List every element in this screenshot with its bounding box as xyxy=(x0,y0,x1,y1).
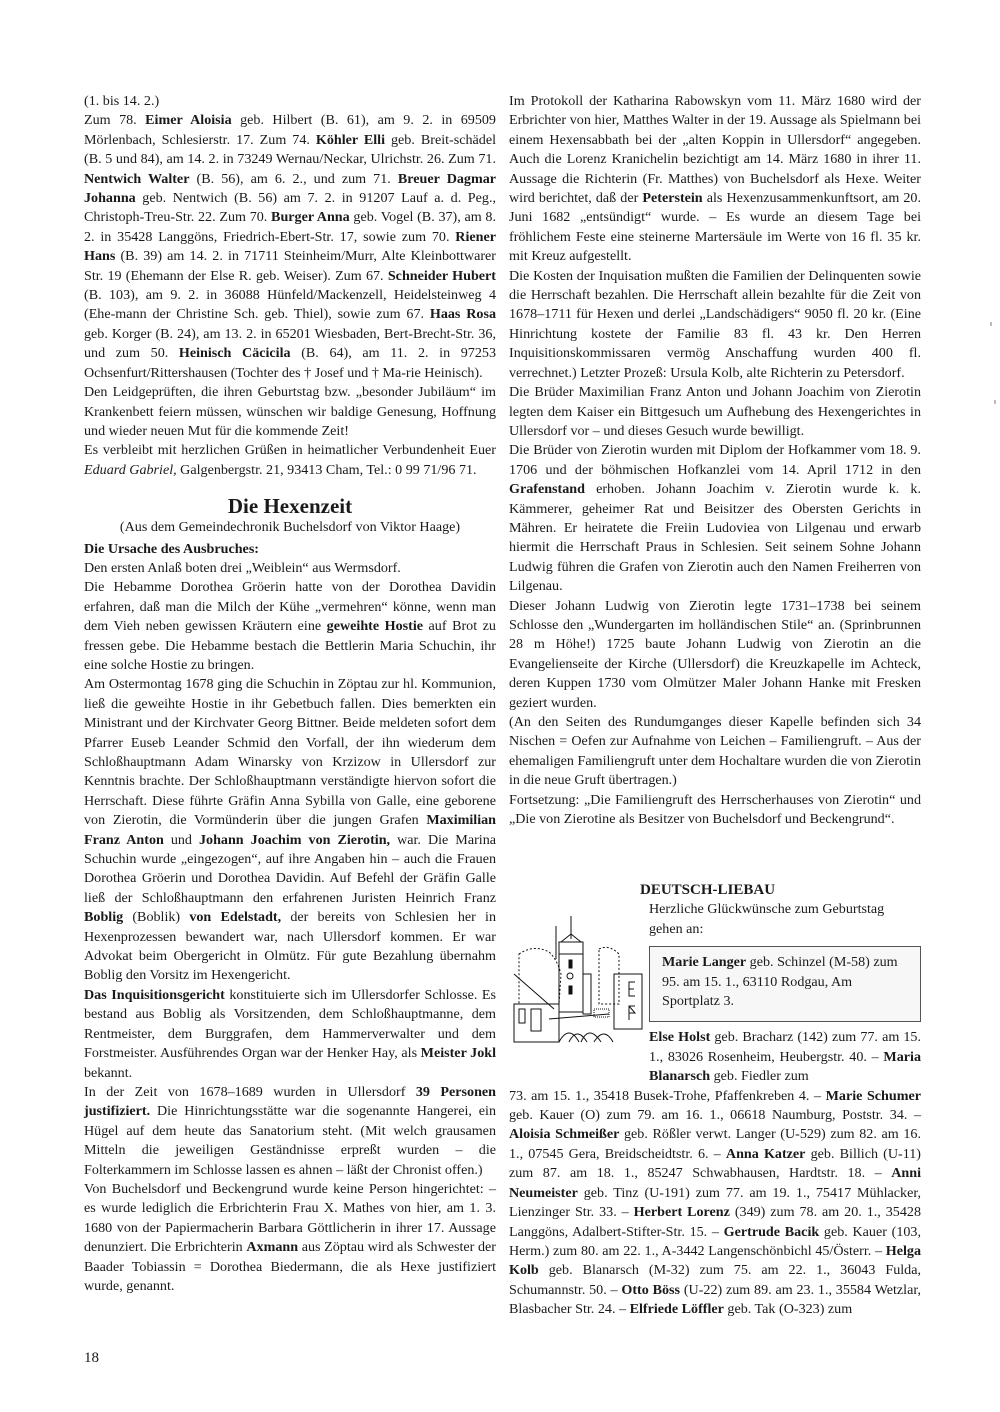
left-column: (1. bis 14. 2.) Zum 78. Eimer Aloisia ge… xyxy=(84,92,496,1296)
person-name: Herbert Lorenz xyxy=(634,1204,730,1220)
paragraph: Am Ostermontag 1678 ging die Schuchin in… xyxy=(84,675,496,986)
entry-prefix: Zum 67. xyxy=(335,268,388,284)
text: (Boblik) xyxy=(123,909,189,925)
birthday-entries: 73. am 15. 1., 35418 Busek-Trohe, Pfaffe… xyxy=(509,1087,921,1320)
entry-text: geb. Kauer (O) zum 79. am 16. 1., 06618 … xyxy=(509,1107,921,1123)
continuation-note: Fortsetzung: „Die Familiengruft des Herr… xyxy=(509,791,921,830)
person-name: Else Holst xyxy=(649,1029,710,1045)
paragraph: (An den Seiten des Rundumganges dieser K… xyxy=(509,713,921,791)
entry-text: (B. 56), am 6. 2., und zum 71. xyxy=(189,171,397,187)
person-name: Heinisch Cäcicila xyxy=(179,345,291,361)
emphasis: Johann Joachim von Zierotin, xyxy=(199,832,390,848)
section-heading: DEUTSCH-LIEBAU xyxy=(640,881,921,900)
get-well-paragraph: Den Leidgeprüften, die ihren Geburtstag … xyxy=(84,383,496,441)
emphasis: Boblig xyxy=(84,909,123,925)
emphasis: Axmann xyxy=(246,1239,298,1255)
person-name: Elfriede Löffler xyxy=(630,1301,724,1317)
birthday-date-range: (1. bis 14. 2.) xyxy=(84,92,496,111)
person-name: Marie Schumer xyxy=(826,1088,921,1104)
entry-prefix: Zum 70. xyxy=(219,209,271,225)
right-column: Im Protokoll der Katharina Rabowskyn vom… xyxy=(509,92,921,829)
paragraph: Von Buchelsdorf und Beckengrund wurde ke… xyxy=(84,1180,496,1296)
text: Die Brüder von Zierotin wurden mit Diplo… xyxy=(509,442,921,477)
person-name: Burger Anna xyxy=(271,209,350,225)
paragraph: Die Hebamme Dorothea Gröerin hatte von d… xyxy=(84,578,496,675)
text: und xyxy=(164,832,199,848)
scan-artifact xyxy=(994,400,996,404)
paragraph: Das Inquisitionsgericht konstituierte si… xyxy=(84,986,496,1083)
section-heading: Die Ursache des Ausbruches: xyxy=(84,540,496,559)
contact-info: Galgenbergstr. 21, 93413 Cham, Tel.: 0 9… xyxy=(177,462,477,478)
text: Am Ostermontag 1678 ging die Schuchin in… xyxy=(84,676,496,828)
entry-prefix: Zum 78. xyxy=(84,112,145,128)
birthday-list: Else Holst geb. Bracharz (142) zum 77. a… xyxy=(509,1028,921,1319)
text: bekannt. xyxy=(84,1065,132,1081)
article-title: Die Hexenzeit xyxy=(84,494,496,518)
entry-text-start: geb. Fiedler zum xyxy=(710,1068,809,1084)
author-name: Eduard Gabriel, xyxy=(84,462,177,478)
entry-prefix: Zum 74. xyxy=(260,132,316,148)
person-name: Aloisia Schmeißer xyxy=(509,1126,619,1142)
emphasis: Peterstein xyxy=(642,190,702,206)
entry-prefix: Zum 71. xyxy=(448,151,496,167)
featured-birthday-box: Marie Langer geb. Schinzel (M-58) zum 95… xyxy=(649,946,921,1022)
person-name: Anna Katzer xyxy=(726,1146,806,1162)
paragraph: Die Brüder von Zierotin wurden mit Diplo… xyxy=(509,441,921,596)
emphasis: Grafenstand xyxy=(509,481,585,497)
person-name: Nentwich Walter xyxy=(84,171,189,187)
greeting-intro: Herzliche Glückwünsche zum Geburtstag ge… xyxy=(649,900,921,939)
person-name: Schneider Hubert xyxy=(388,268,496,284)
paragraph: Dieser Johann Ludwig von Zierotin legte … xyxy=(509,597,921,713)
closing-text: Es verbleibt mit herzlichen Grüßen in he… xyxy=(84,442,496,458)
person-name: Eimer Aloisia xyxy=(145,112,232,128)
emphasis: Das Inquisitionsgericht xyxy=(84,987,225,1003)
deutsch-liebau-section: DEUTSCH-LIEBAU Herzliche Glückwünsche zu… xyxy=(509,881,921,1320)
entry-text-continued: 73. am 15. 1., 35418 Busek-Trohe, Pfaffe… xyxy=(509,1088,826,1104)
person-name: Gertrude Bacik xyxy=(724,1224,820,1240)
emphasis: geweihte Hostie xyxy=(327,618,423,634)
entry-text: geb. Tak (O-323) zum xyxy=(724,1301,852,1317)
article-subtitle: (Aus dem Gemeindechronik Buchelsdorf von… xyxy=(84,518,496,537)
closing-paragraph: Es verbleibt mit herzlichen Grüßen in he… xyxy=(84,441,496,480)
paragraph: Im Protokoll der Katharina Rabowskyn vom… xyxy=(509,92,921,267)
paragraph: Die Brüder Maximilian Franz Anton und Jo… xyxy=(509,383,921,441)
emphasis: von Edelstadt, xyxy=(189,909,281,925)
birthday-entries-wrapped: Else Holst geb. Bracharz (142) zum 77. a… xyxy=(649,1028,921,1086)
text: In der Zeit von 1678–1689 wurden in Ulle… xyxy=(84,1084,416,1100)
person-name: Köhler Elli xyxy=(316,132,385,148)
page-number: 18 xyxy=(84,1350,99,1367)
emphasis: Meister Jokl xyxy=(421,1045,496,1061)
person-name: Otto Böss xyxy=(621,1282,680,1298)
church-illustration-icon xyxy=(509,914,644,1044)
paragraph: In der Zeit von 1678–1689 wurden in Ulle… xyxy=(84,1083,496,1180)
text: erhoben. Johann Joachim v. Zierotin wurd… xyxy=(509,481,921,594)
scan-artifact xyxy=(990,322,992,326)
birthday-list: Zum 78. Eimer Aloisia geb. Hilbert (B. 6… xyxy=(84,111,496,383)
paragraph: Den ersten Anlaß boten drei „Weiblein“ a… xyxy=(84,559,496,578)
person-name: Haas Rosa xyxy=(430,306,496,322)
paragraph: Die Kosten der Inquisation mußten die Fa… xyxy=(509,267,921,383)
person-name: Marie Langer xyxy=(662,954,746,970)
